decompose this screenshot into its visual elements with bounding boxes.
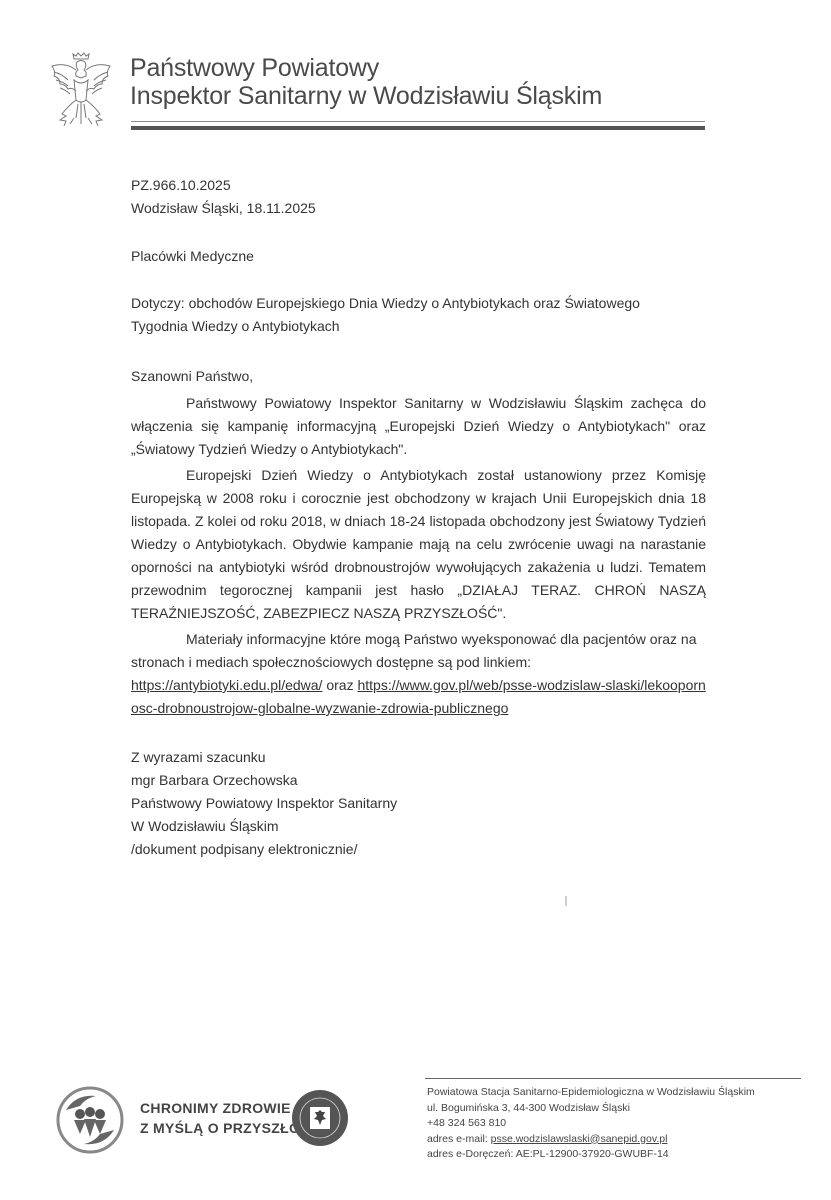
signer-title: Państwowy Powiatowy Inspektor Sanitarny	[131, 792, 706, 815]
email-label: adres e-mail:	[427, 1133, 491, 1145]
header-divider-thick	[131, 126, 705, 130]
hands-people-circle-icon	[54, 1084, 126, 1156]
recipient: Placówki Medyczne	[131, 245, 706, 268]
place-date: Wodzisław Śląski, 18.11.2025	[131, 197, 706, 220]
scan-artifact	[565, 896, 567, 906]
sanitary-inspection-badge-icon	[290, 1088, 350, 1148]
paragraph-3: Materiały informacyjne które mogą Państw…	[131, 628, 706, 720]
salutation: Szanowni Państwo,	[131, 365, 706, 388]
institution-name: Powiatowa Stacja Sanitarno-Epidemiologic…	[427, 1085, 807, 1101]
signer-location: W Wodzisławiu Śląskim	[131, 815, 706, 838]
reference-number: PZ.966.10.2025	[131, 174, 706, 197]
paragraph-1: Państwowy Powiatowy Inspektor Sanitarny …	[131, 392, 706, 461]
signature-note: /dokument podpisany elektronicznie/	[131, 838, 706, 861]
letter-page: Państwowy Powiatowy Inspektor Sanitarny …	[0, 0, 831, 1200]
footer-address: Powiatowa Stacja Sanitarno-Epidemiologic…	[427, 1085, 807, 1163]
email-line: adres e-mail: psse.wodzislawslaski@sanep…	[427, 1132, 807, 1148]
paragraph-2: Europejski Dzień Wiedzy o Antybiotykach …	[131, 464, 706, 625]
header-title-line1: Państwowy Powiatowy	[130, 54, 602, 82]
institution-header: Państwowy Powiatowy Inspektor Sanitarny …	[130, 54, 602, 110]
link-antybiotyki[interactable]: https://antybiotyki.edu.pl/edwa/	[131, 677, 322, 693]
header-divider-thin	[131, 121, 705, 122]
closing: Z wyrazami szacunku	[131, 746, 706, 769]
street-address: ul. Bogumińska 3, 44-300 Wodzisław Śląsk…	[427, 1101, 807, 1117]
email-link[interactable]: psse.wodzislawslaski@sanepid.gov.pl	[491, 1133, 668, 1145]
subject-line: Dotyczy: obchodów Europejskiego Dnia Wie…	[131, 292, 691, 338]
paragraph-3-text: Materiały informacyjne które mogą Państw…	[131, 631, 696, 670]
phone-number: +48 324 563 810	[427, 1116, 807, 1132]
edelivery-address: adres e-Doręczeń: AE:PL-12900-37920-GWUB…	[427, 1147, 807, 1163]
link-joiner: oraz	[322, 677, 357, 693]
footer-divider	[425, 1078, 801, 1079]
header-title-line2: Inspektor Sanitarny w Wodzisławiu Śląski…	[130, 82, 602, 110]
polish-eagle-icon	[46, 50, 116, 130]
signer-name: mgr Barbara Orzechowska	[131, 769, 706, 792]
